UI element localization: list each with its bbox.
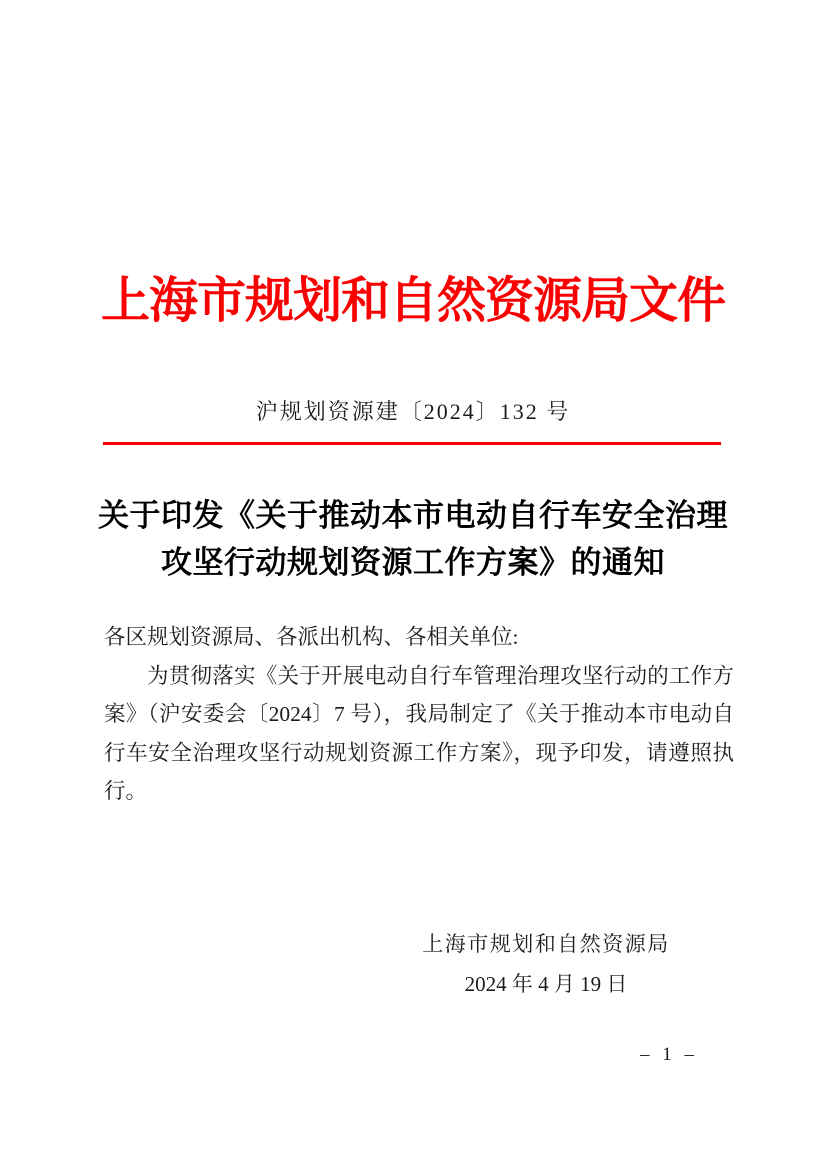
notice-body: 各区规划资源局、各派出机构、各相关单位: 为贯彻落实《关于开展电动自行车管理治理… <box>104 618 734 811</box>
body-paragraph: 为贯彻落实《关于开展电动自行车管理治理攻坚行动的工作方案》（沪安委会〔2024〕… <box>104 657 734 811</box>
signature-block: 上海市规划和自然资源局 2024 年 4 月 19 日 <box>420 924 672 1004</box>
notice-title: 关于印发《关于推动本市电动自行车安全治理 攻坚行动规划资源工作方案》的通知 <box>0 492 826 586</box>
signature-agency-name: 上海市规划和自然资源局 <box>420 924 672 964</box>
red-separator-line <box>103 442 721 445</box>
document-number: 沪规划资源建〔2024〕132 号 <box>0 396 826 428</box>
signature-date: 2024 年 4 月 19 日 <box>420 964 672 1004</box>
red-header-agency-title: 上海市规划和自然资源局文件 <box>0 262 826 340</box>
page-number: – 1 – <box>624 1044 714 1066</box>
document-page: 上海市规划和自然资源局文件 沪规划资源建〔2024〕132 号 关于印发《关于推… <box>0 0 826 1169</box>
salutation-line: 各区规划资源局、各派出机构、各相关单位: <box>104 618 734 657</box>
notice-title-line1: 关于印发《关于推动本市电动自行车安全治理 <box>0 492 826 539</box>
notice-title-line2: 攻坚行动规划资源工作方案》的通知 <box>0 539 826 586</box>
